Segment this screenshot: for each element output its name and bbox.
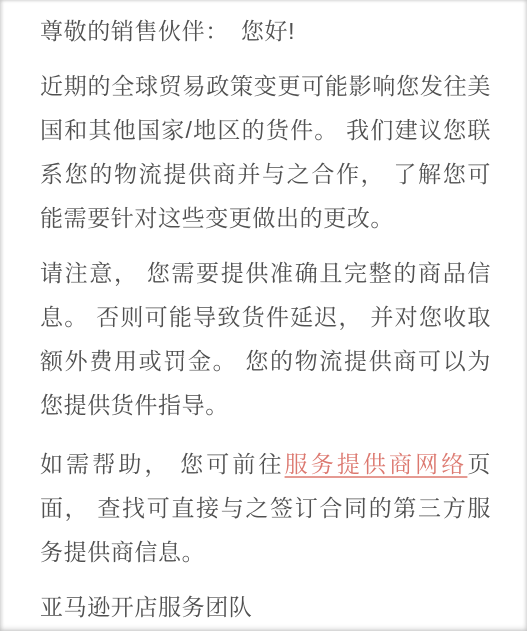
message-screenshot: { "page": { "background_color": "#ffffff… <box>0 0 527 631</box>
service-provider-network-link[interactable]: 服务提供商网络 <box>285 451 468 477</box>
paragraph-product-info: 请注意， 您需要提供准确且完整的商品信息。 否则可能导致货件延迟， 并对您收取额… <box>40 251 491 427</box>
greeting-line: 尊敬的销售伙伴： 您好! <box>40 9 491 53</box>
paragraph-help: 如需帮助， 您可前往服务提供商网络页面， 查找可直接与之签订合同的第三方服务提供… <box>40 442 491 574</box>
paragraph-trade-policy: 近期的全球贸易政策变更可能影响您发往美国和其他国家/地区的货件。 我们建议您联系… <box>40 64 491 240</box>
help-text-before-link: 如需帮助， 您可前往 <box>40 451 285 477</box>
signature-line: 亚马逊开店服务团队 <box>40 585 491 629</box>
message-body: 尊敬的销售伙伴： 您好! 近期的全球贸易政策变更可能影响您发往美国和其他国家/地… <box>0 0 527 631</box>
